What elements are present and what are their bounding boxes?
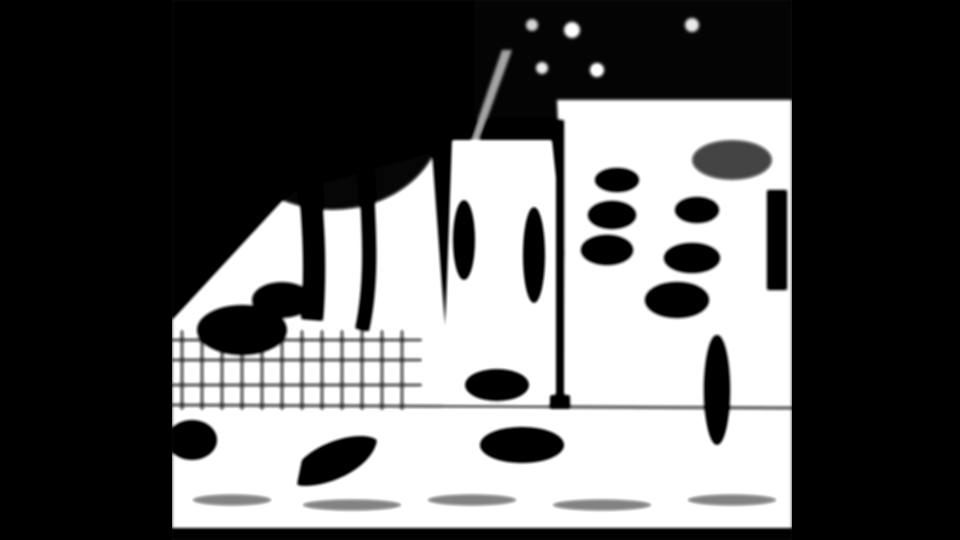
snowy-park-scene	[172, 0, 792, 540]
letterbox-left	[0, 0, 172, 540]
photograph	[172, 0, 792, 540]
letterbox-right	[792, 0, 960, 540]
